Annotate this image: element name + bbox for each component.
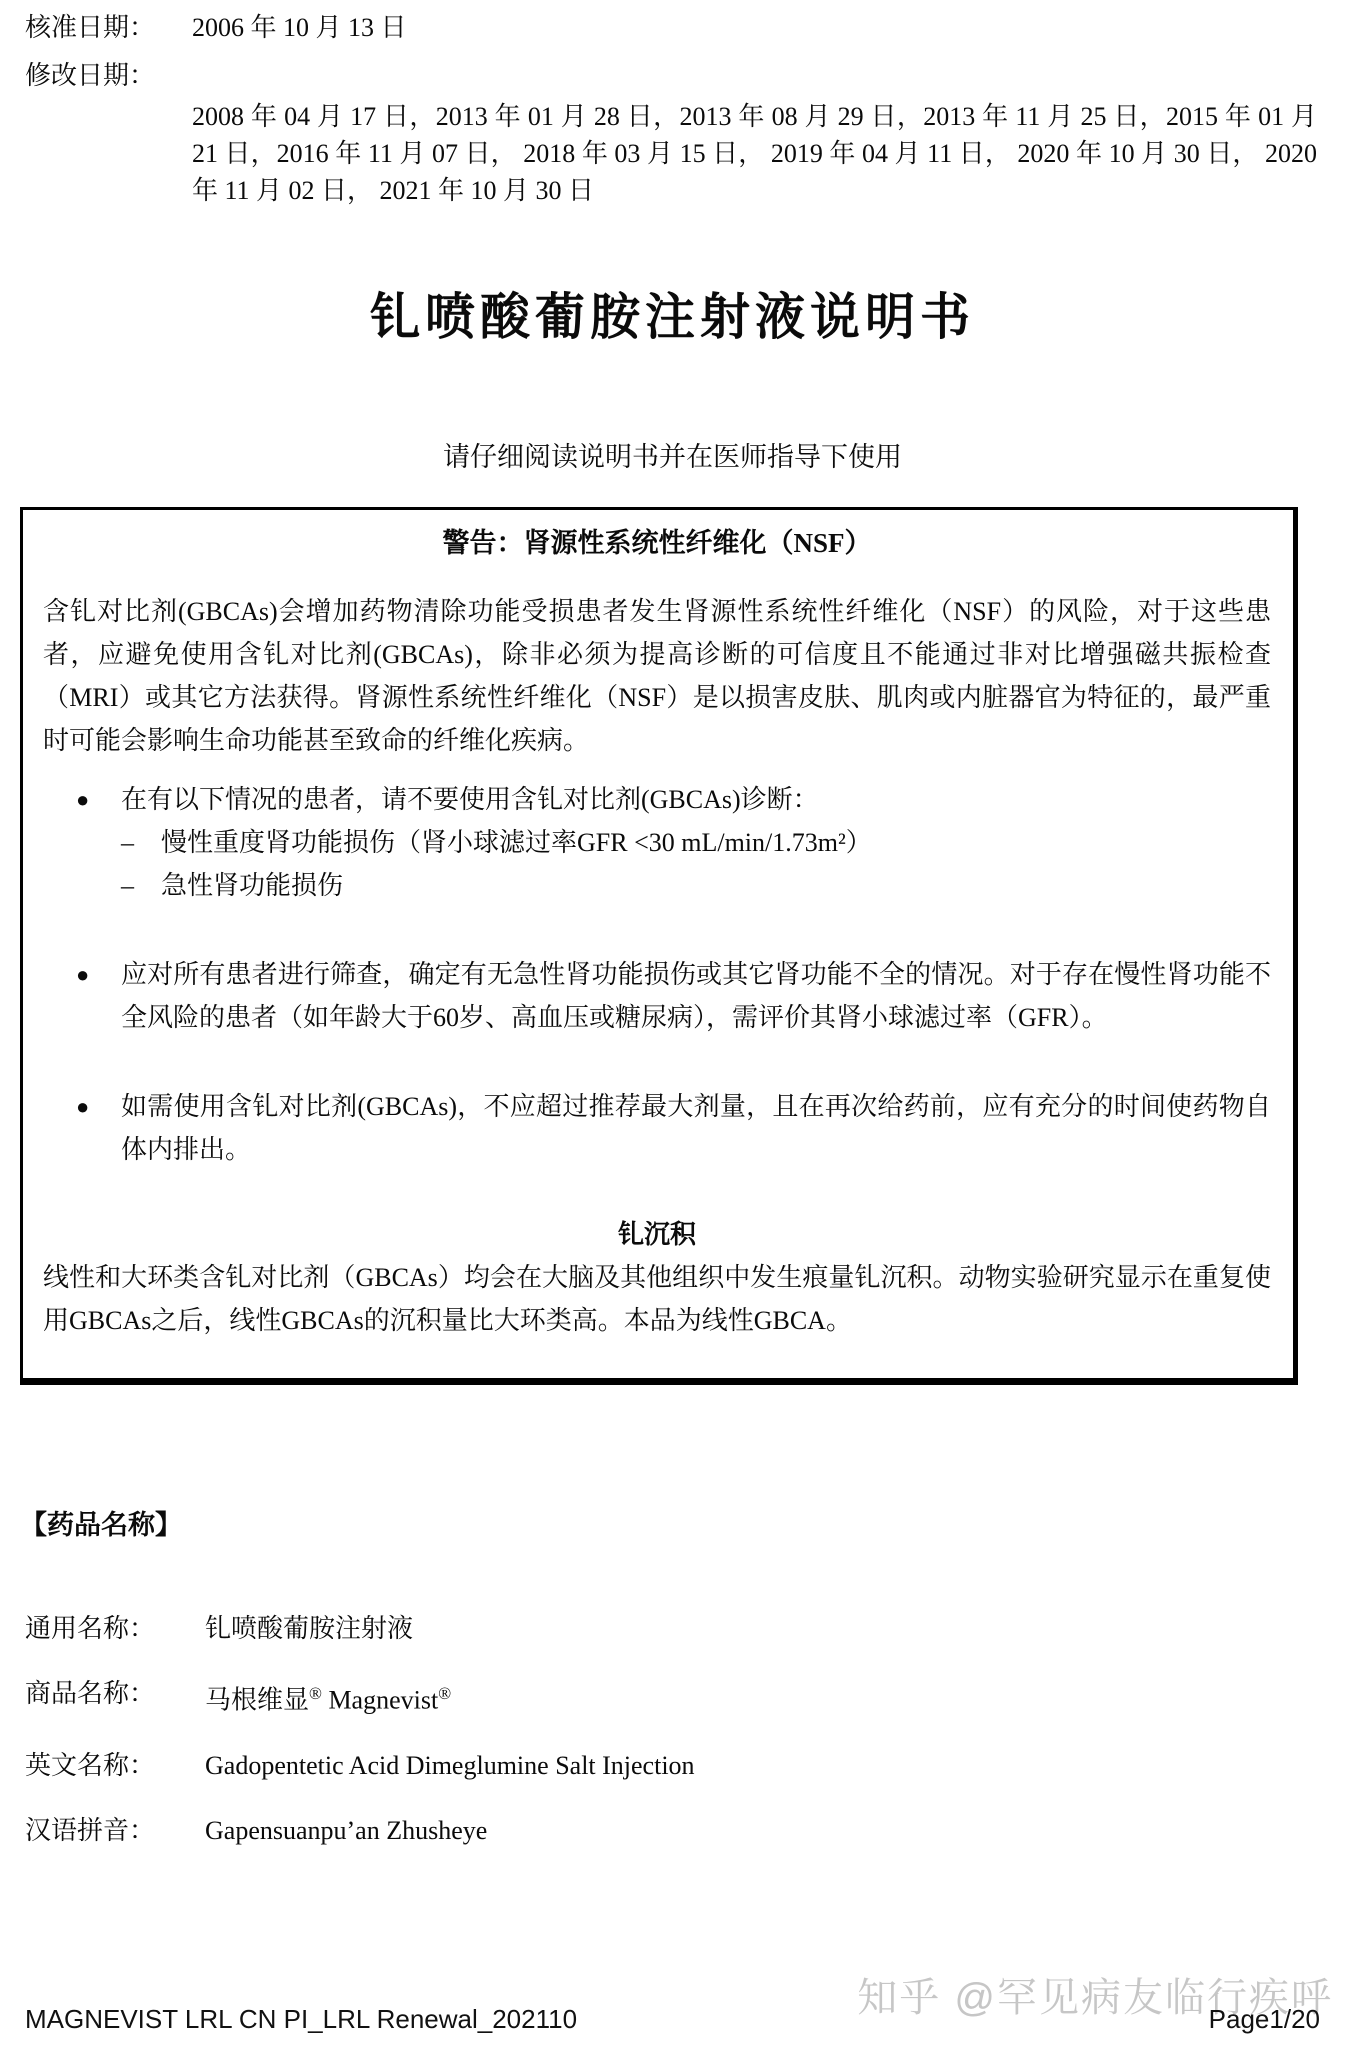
warning-bullet-2-text: 应对所有患者进行筛查，确定有无急性肾功能损伤或其它肾功能不全的情况。对于存在慢性…: [121, 953, 1271, 1039]
revision-dates: 2008 年 04 月 17 日，2013 年 01 月 28 日，2013 年…: [192, 98, 1317, 209]
warning-bullet-3: ● 如需使用含钆对比剂(GBCAs)，不应超过推荐最大剂量，且在再次给药前，应有…: [43, 1085, 1271, 1171]
dash-icon: –: [121, 864, 161, 907]
drug-name-section-heading: 【药品名称】: [20, 1507, 1345, 1543]
warning-subitem-1-text: 慢性重度肾功能损伤（肾小球滤过率GFR <30 mL/min/1.73m²）: [161, 821, 1271, 864]
boxed-warning: 警告：肾源性系统性纤维化（NSF） 含钆对比剂(GBCAs)会增加药物清除功能受…: [20, 507, 1298, 1385]
warning-subitem-2-text: 急性肾功能损伤: [161, 864, 1271, 907]
bullet-dot-icon: ●: [43, 953, 121, 1039]
footer-page-number: Page1/20: [1209, 2002, 1320, 2036]
english-name-label: 英文名称：: [25, 1746, 205, 1786]
approval-date-row: 核准日期： 2006 年 10 月 13 日: [0, 8, 1345, 48]
approval-date-value: 2006 年 10 月 13 日: [192, 8, 407, 48]
warning-bullet-1: ● 在有以下情况的患者，请不要使用含钆对比剂(GBCAs)诊断： – 慢性重度肾…: [43, 778, 1271, 907]
page-subtitle: 请仔细阅读说明书并在医师指导下使用: [0, 437, 1345, 477]
english-name-row: 英文名称： Gadopentetic Acid Dimeglumine Salt…: [0, 1746, 1345, 1786]
dash-icon: –: [121, 821, 161, 864]
document-page: 核准日期： 2006 年 10 月 13 日 修改日期： 2008 年 04 月…: [0, 0, 1345, 2052]
footer-document-id: MAGNEVIST LRL CN PI_LRL Renewal_202110: [25, 2002, 577, 2036]
page-title: 钆喷酸葡胺注射液说明书: [0, 287, 1345, 347]
pinyin-name-value: Gapensuanpu’an Zhusheye: [205, 1811, 487, 1851]
revision-date-label: 修改日期：: [25, 56, 192, 96]
revision-date-row: 修改日期：: [0, 56, 1345, 96]
english-name-value: Gadopentetic Acid Dimeglumine Salt Injec…: [205, 1746, 695, 1786]
generic-name-row: 通用名称： 钆喷酸葡胺注射液: [0, 1609, 1345, 1649]
warning-intro-paragraph: 含钆对比剂(GBCAs)会增加药物清除功能受损患者发生肾源性系统性纤维化（NSF…: [43, 590, 1271, 762]
gadolinium-deposition-heading: 钆沉积: [43, 1213, 1271, 1256]
warning-bullet-list: ● 在有以下情况的患者，请不要使用含钆对比剂(GBCAs)诊断： – 慢性重度肾…: [43, 778, 1271, 1171]
warning-bullet-3-text: 如需使用含钆对比剂(GBCAs)，不应超过推荐最大剂量，且在再次给药前，应有充分…: [121, 1085, 1271, 1171]
pinyin-name-label: 汉语拼音：: [25, 1811, 205, 1851]
trade-name-cn: 马根维显: [205, 1686, 309, 1715]
warning-heading: 警告：肾源性系统性纤维化（NSF）: [43, 526, 1271, 560]
pinyin-name-row: 汉语拼音： Gapensuanpu’an Zhusheye: [0, 1811, 1345, 1851]
generic-name-label: 通用名称：: [25, 1609, 205, 1649]
trade-name-en: Magnevist: [328, 1686, 438, 1715]
trade-name-value: 马根维显® Magnevist®: [205, 1674, 451, 1721]
trade-name-label: 商品名称：: [25, 1674, 205, 1721]
warning-bullet-1-subitem-1: – 慢性重度肾功能损伤（肾小球滤过率GFR <30 mL/min/1.73m²）: [121, 821, 1271, 864]
warning-bullet-2: ● 应对所有患者进行筛查，确定有无急性肾功能损伤或其它肾功能不全的情况。对于存在…: [43, 953, 1271, 1039]
header-meta: 核准日期： 2006 年 10 月 13 日 修改日期： 2008 年 04 月…: [0, 0, 1345, 209]
warning-bullet-1-text: 在有以下情况的患者，请不要使用含钆对比剂(GBCAs)诊断：: [121, 778, 1271, 821]
warning-bullet-1-subitem-2: – 急性肾功能损伤: [121, 864, 1271, 907]
gadolinium-deposition-paragraph: 线性和大环类含钆对比剂（GBCAs）均会在大脑及其他组织中发生痕量钆沉积。动物实…: [43, 1256, 1271, 1342]
approval-date-label: 核准日期：: [25, 8, 192, 48]
generic-name-value: 钆喷酸葡胺注射液: [205, 1609, 413, 1649]
registered-mark-icon: ®: [438, 1684, 451, 1703]
page-footer: MAGNEVIST LRL CN PI_LRL Renewal_202110 P…: [25, 2002, 1320, 2036]
registered-mark-icon: ®: [309, 1684, 322, 1703]
drug-name-rows: 通用名称： 钆喷酸葡胺注射液 商品名称： 马根维显® Magnevist® 英文…: [0, 1609, 1345, 1851]
bullet-dot-icon: ●: [43, 1085, 121, 1171]
trade-name-row: 商品名称： 马根维显® Magnevist®: [0, 1674, 1345, 1721]
bullet-dot-icon: ●: [43, 778, 121, 907]
